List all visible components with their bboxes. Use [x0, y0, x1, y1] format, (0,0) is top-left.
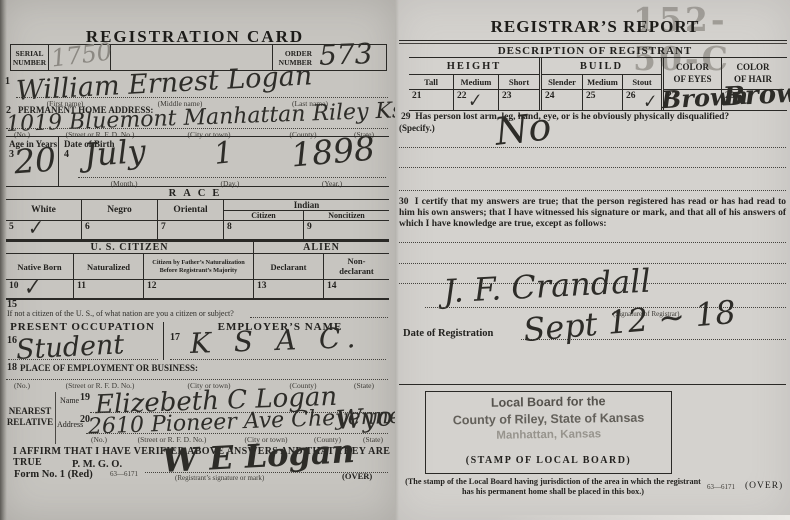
- race-indian-citizen-cell: 8: [224, 220, 303, 239]
- dob-month-value: July: [83, 135, 147, 171]
- tall-label: Tall: [409, 75, 454, 90]
- race-col-oriental: Oriental 7: [158, 200, 224, 239]
- race-oriental-cell: 7: [158, 220, 223, 239]
- line1-number: 1: [5, 76, 10, 87]
- dob-dotted-line: [78, 177, 386, 178]
- form-number-label: Form No. 1 (Red): [14, 469, 93, 480]
- race-oriental-number: 7: [161, 222, 166, 232]
- citizen-table: Native Born 10 ✓ Naturalized 11 Citizen …: [6, 254, 389, 300]
- fathers-naturalization-cell: 12: [144, 279, 253, 298]
- title-double-rule: [399, 40, 787, 44]
- stamp-section-rule: [399, 384, 786, 385]
- stamp-line-1: Local Board for the: [426, 393, 671, 410]
- short-label: Short: [499, 75, 539, 90]
- race-negro-cell: 6: [82, 220, 157, 239]
- order-number-cell: 573: [314, 45, 386, 70]
- tall-number: 21: [412, 91, 422, 101]
- race-white-cell: 5 ✓: [6, 220, 81, 239]
- employment-state-sublabel: (State): [340, 381, 388, 390]
- race-table: White 5 ✓ Negro 6 Oriental 7 Indian: [6, 199, 389, 242]
- line29-dotted-line-1: [399, 147, 786, 148]
- height-medium-label: Medium: [454, 75, 499, 90]
- employer-value: K S A C.: [190, 324, 363, 358]
- race-negro-number: 6: [85, 222, 90, 232]
- height-medium-number: 22: [457, 91, 467, 101]
- line29-dotted-line-3: [399, 190, 786, 191]
- line30-text: I certify that my answers are true; that…: [399, 197, 786, 229]
- build-header: BUILD: [542, 58, 661, 75]
- serial-number-cell: 1750: [49, 45, 111, 70]
- slender-label: Slender: [542, 75, 583, 90]
- race-col-white: White 5 ✓: [6, 200, 82, 239]
- build-medium-cell: 25: [583, 90, 623, 110]
- line15-dotted-line: [250, 317, 388, 318]
- stamp-instruction-note: (The stamp of the Local Board having jur…: [403, 477, 703, 498]
- stout-cell: 26 ✓: [623, 90, 661, 110]
- build-medium-number: 25: [586, 91, 596, 101]
- citizen-col-fathers-naturalization: Citizen by Father’s Naturalization Befor…: [144, 254, 254, 298]
- declarant-number: 13: [257, 281, 267, 291]
- card-seam: [395, 0, 399, 520]
- naturalized-cell: 11: [74, 279, 143, 298]
- form-code-right: 63—6171: [707, 483, 735, 491]
- short-number: 23: [502, 91, 512, 101]
- height-subrow: Tall Medium Short: [409, 75, 539, 90]
- stout-checkmark-icon: ✓: [643, 93, 658, 113]
- line18-dotted-line: [6, 379, 388, 380]
- line18-number: 18: [7, 362, 17, 373]
- stout-label: Stout: [623, 75, 661, 90]
- race-col-indian-citizen: Citizen 8: [224, 210, 304, 239]
- line30-dotted-line-1: [399, 242, 786, 243]
- stout-number: 26: [626, 91, 636, 101]
- relative-address-state-value: Wyo: [335, 404, 393, 434]
- naturalized-number: 11: [77, 281, 86, 291]
- form-code-left: 63—6171: [110, 470, 138, 478]
- race-oriental-label: Oriental: [158, 200, 223, 220]
- nondeclarant-number: 14: [327, 281, 337, 291]
- native-born-number: 10: [9, 281, 19, 291]
- declarant-label: Declarant: [254, 254, 323, 279]
- citizen-col-native-born: Native Born 10 ✓: [6, 254, 74, 298]
- place-of-employment-label: PLACE OF EMPLOYMENT OR BUSINESS:: [20, 363, 198, 373]
- registrars-report-title: REGISTRAR’S REPORT: [450, 17, 740, 37]
- occupation-dotted-line: [8, 359, 158, 360]
- slender-number: 24: [545, 91, 555, 101]
- relative-state-sublabel: (State): [356, 435, 390, 444]
- race-indian-label: Indian: [224, 200, 389, 210]
- date-of-registration-label: Date of Registration: [403, 328, 493, 339]
- us-citizen-header: U. S. CITIZEN: [6, 241, 254, 253]
- local-board-stamp: Local Board for the County of Riley, Sta…: [426, 393, 672, 442]
- over-label-right: (OVER): [745, 481, 783, 491]
- scanned-draft-registration-document: REGISTRATION CARD SERIAL NUMBER 1750 ORD…: [0, 0, 790, 520]
- employment-no-sublabel: (No.): [6, 381, 38, 390]
- naturalized-label: Naturalized: [74, 254, 143, 279]
- age-value: 20: [13, 143, 57, 179]
- age-dob-row: Age in Years 3 20 Date of Birth 4 July 1…: [6, 136, 389, 186]
- build-subrow: Slender Medium Stout: [542, 75, 661, 90]
- line30-certification-paragraph: 30 I certify that my answers are true; t…: [399, 197, 786, 231]
- fathers-naturalization-label: Citizen by Father’s Naturalization Befor…: [144, 254, 253, 279]
- dob-year-value: 1898: [290, 131, 377, 171]
- address-dotted-line: [6, 128, 388, 129]
- nondeclarant-cell: 14: [324, 279, 389, 298]
- name-dotted-line: [16, 97, 388, 98]
- relative-name-label: Name: [60, 396, 79, 405]
- citizen-alien-band: U. S. CITIZEN ALIEN: [6, 241, 389, 254]
- line15-question: If not a citizen of the U. S., of what n…: [7, 309, 234, 318]
- occupation-employer-divider: [163, 322, 164, 360]
- disqualified-answer-value: No: [493, 107, 553, 151]
- local-board-stamp-box: Local Board for the County of Riley, Sta…: [425, 391, 672, 474]
- race-indian-subrow: Citizen 8 Noncitizen 9: [224, 210, 389, 239]
- line29-number: 29: [401, 112, 411, 122]
- race-white-checkmark-icon: ✓: [28, 217, 44, 239]
- race-indian-citizen-number: 8: [227, 222, 232, 232]
- race-section-header: RACE: [6, 186, 389, 199]
- line29-question-paragraph: 29 Has person lost arm, leg, hand, eye, …: [401, 112, 785, 123]
- fathers-naturalization-number: 12: [147, 281, 157, 291]
- over-label-left: (OVER): [342, 471, 372, 481]
- hair-color-value: Brown: [722, 80, 790, 111]
- registration-card: REGISTRATION CARD SERIAL NUMBER 1750 ORD…: [0, 0, 395, 520]
- registrant-signature-value: W E Logan: [161, 435, 355, 477]
- dob-day-value: 1: [212, 138, 234, 170]
- height-medium-cell: 22 ✓: [454, 90, 499, 110]
- race-negro-label: Negro: [82, 200, 157, 220]
- race-white-number: 5: [9, 222, 14, 232]
- description-of-registrant-header: DESCRIPTION OF REGISTRANT: [435, 45, 755, 57]
- citizen-col-nondeclarant: Non- declarant 14: [324, 254, 389, 298]
- citizen-col-naturalized: Naturalized 11: [74, 254, 144, 298]
- description-table: HEIGHT Tall Medium Short 21 22 ✓ 23: [409, 57, 787, 111]
- stamp-line-2: County of Riley, State of Kansas: [426, 410, 671, 427]
- build-medium-label: Medium: [583, 75, 623, 90]
- line17-number: 17: [170, 332, 180, 343]
- stamp-line-3: Manhattan, Kansas: [426, 427, 671, 442]
- relative-divider: [55, 392, 56, 444]
- serial-number-label: SERIAL NUMBER: [11, 45, 49, 70]
- build-numrow: 24 25 26 ✓: [542, 90, 661, 110]
- line19-number: 19: [80, 392, 90, 403]
- race-indian-citizen-label: Citizen: [224, 210, 303, 220]
- age-dob-divider: [58, 137, 59, 187]
- native-born-cell: 10 ✓: [6, 279, 73, 298]
- alien-header: ALIEN: [254, 241, 389, 253]
- line30-number: 30: [399, 197, 409, 207]
- race-indian-noncitizen-label: Noncitizen: [304, 210, 389, 220]
- line29-question: Has person lost arm, leg, hand, eye, or …: [415, 112, 729, 122]
- scan-bottom-sliver: [495, 515, 790, 520]
- height-header: HEIGHT: [409, 58, 539, 75]
- tall-cell: 21: [409, 90, 454, 110]
- build-group: BUILD Slender Medium Stout 24 25 26 ✓: [539, 58, 661, 110]
- height-medium-checkmark-icon: ✓: [468, 92, 483, 112]
- serial-number-value: 1750: [50, 39, 114, 70]
- race-indian-noncitizen-cell: 9: [304, 220, 389, 239]
- declarant-cell: 13: [254, 279, 323, 298]
- nondeclarant-label: Non- declarant: [324, 254, 389, 279]
- registrar-signature-value: J. F. Crandall: [442, 265, 651, 308]
- race-indian-noncitizen-number: 9: [307, 222, 312, 232]
- native-born-checkmark-icon: ✓: [24, 275, 42, 300]
- specify-label: (Specify.): [399, 123, 435, 133]
- line29-dotted-line-2: [399, 167, 786, 168]
- registrars-report-card: 152-50-C REGISTRAR’S REPORT DESCRIPTION …: [395, 0, 790, 520]
- employer-dotted-line: [170, 359, 386, 360]
- order-number-value: 573: [319, 40, 373, 70]
- race-col-indian-noncitizen: Noncitizen 9: [304, 210, 389, 239]
- race-col-negro: Negro 6: [82, 200, 158, 239]
- registrant-signature-sublabel: (Registrant’s signature or mark): [175, 474, 264, 482]
- stamp-of-local-board-caption: (STAMP OF LOCAL BOARD): [426, 455, 671, 466]
- citizen-col-declarant: Declarant 13: [254, 254, 324, 298]
- dob-number: 4: [64, 149, 69, 160]
- nearest-relative-label: NEAREST RELATIVE: [6, 406, 54, 429]
- relative-no-sublabel: (No.): [84, 435, 114, 444]
- race-col-indian: Indian Citizen 8 Noncitizen 9: [224, 200, 389, 239]
- height-group: HEIGHT Tall Medium Short 21 22 ✓ 23: [409, 58, 539, 110]
